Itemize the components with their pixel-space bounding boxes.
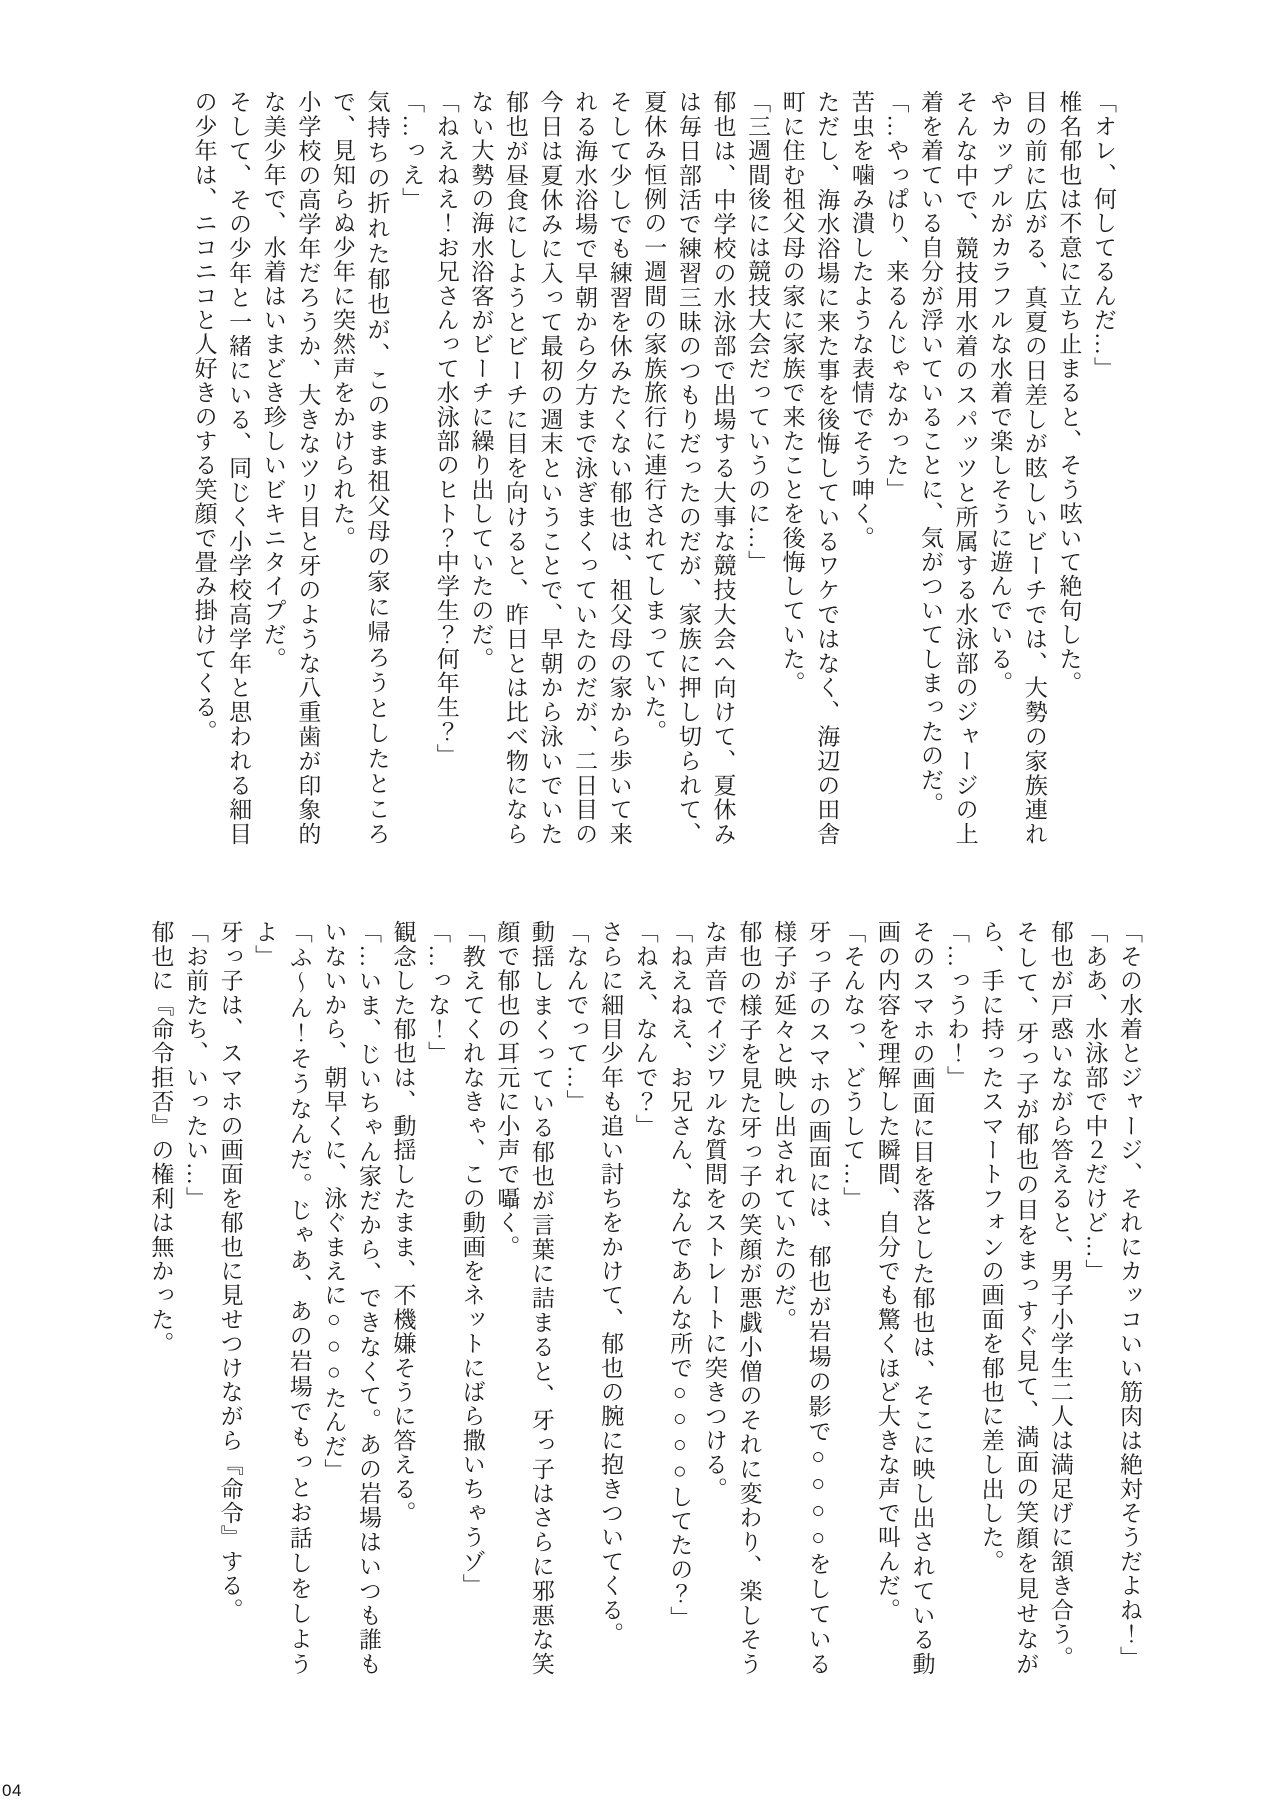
paragraph: 「そんなっ、どうして…」 [835, 920, 870, 1676]
paragraph: 「…っうわ！」 [938, 920, 973, 1676]
paragraph: さらに細目少年も追い討ちをかけて、郁也の腕に抱きついてくる。 [593, 920, 628, 1676]
paragraph: 「お前たち、いったい…」 [177, 920, 212, 1676]
paragraph: 動揺しまくっている郁也が言葉に詰まると、牙っ子はさらに邪悪な笑顔で郁也の耳元に小… [489, 920, 558, 1676]
text-band-upper: 「オレ、何してるんだ…」椎名郁也は不意に立ち止まると、そう呟いて絶句した。目の前… [186, 90, 1120, 846]
paragraph: 「ねえ、なんで？」 [627, 920, 662, 1676]
paragraph: 「ああ、水泳部で中２だけど…」 [1077, 920, 1112, 1676]
paragraph: 「三週間後には競技大会だっていうのに…」 [739, 90, 774, 846]
paragraph: 郁也が戸惑いながら答えると、男子小学生二人は満足げに頷き合う。 [1042, 920, 1077, 1676]
paragraph: そんな中で、競技用水着のスパッツと所属する水泳部のジャージの上着を着ている自分が… [912, 90, 981, 846]
paragraph: 「ねえねえ、お兄さん、なんであんな所で○○○○してたの？」 [662, 920, 697, 1676]
paragraph: 郁也の様子を見た牙っ子の笑顔が悪戯小僧のそれに変わり、楽しそうな声音でイジワルな… [696, 920, 765, 1676]
paragraph: 「…っえ」 [394, 90, 429, 846]
paragraph: 「…いま、じいちゃん家だから、できなくて。あの岩場はいつも誰もいないから、朝早く… [316, 920, 385, 1676]
paragraph: 「…っな！」 [420, 920, 455, 1676]
paragraph: そして少しでも練習を休みたくない郁也は、祖父母の家から歩いて来れる海水浴場で早朝… [463, 90, 636, 846]
paragraph: そして、その少年と一緒にいる、同じく小学校高学年と思われる細目の少年は、ニコニコ… [186, 90, 255, 846]
document-page: 「オレ、何してるんだ…」椎名郁也は不意に立ち止まると、そう呟いて絶句した。目の前… [0, 0, 1280, 1807]
paragraph: 椎名郁也は不意に立ち止まると、そう呟いて絶句した。 [1051, 90, 1086, 846]
paragraph: 「…やっぱり、来るんじゃなかった」 [878, 90, 913, 846]
paragraph: 牙っ子のスマホの画面には、郁也が岩場の影で○○○○をしている様子が延々と映し出さ… [765, 920, 834, 1676]
paragraph: 牙っ子は、スマホの画面を郁也に見せつけながら『命令』する。 [212, 920, 247, 1676]
paragraph: 「なんでって…」 [558, 920, 593, 1676]
paragraph: 郁也に『命令拒否』の権利は無かった。 [143, 920, 178, 1676]
paragraph: そして、牙っ子が郁也の目をまっすぐ見て、満面の笑顔を見せながら、手に持ったスマー… [973, 920, 1042, 1676]
text-band-lower: 「その水着とジャージ、それにカッコいい筋肉は絶対そうだよね！」「ああ、水泳部で中… [143, 920, 1146, 1676]
paragraph: 「オレ、何してるんだ…」 [1085, 90, 1120, 846]
paragraph: 苦虫を噛み潰したような表情でそう呻く。 [843, 90, 878, 846]
paragraph: 観念した郁也は、動揺したまま、不機嫌そうに答える。 [385, 920, 420, 1676]
paragraph: 気持ちの折れた郁也が、このまま祖父母の家に帰ろうとしたところで、見知らぬ少年に突… [324, 90, 393, 846]
paragraph: 小学校の高学年だろうか、大きなツリ目と牙のような八重歯が印象的な美少年で、水着は… [255, 90, 324, 846]
paragraph: ただし、海水浴場に来た事を後悔しているワケではなく、海辺の田舎町に住む祖父母の家… [774, 90, 843, 846]
paragraph: 「ふ～ん！そうなんだ。じゃあ、あの岩場でもっとお話しをしようよ」 [247, 920, 316, 1676]
paragraph: そのスマホの画面に目を落とした郁也は、そこに映し出されている動画の内容を理解した… [869, 920, 938, 1676]
paragraph: 「その水着とジャージ、それにカッコいい筋肉は絶対そうだよね！」 [1111, 920, 1146, 1676]
paragraph: 目の前に広がる、真夏の日差しが眩しいビーチでは、大勢の家族連れやカップルがカラフ… [982, 90, 1051, 846]
paragraph: 「ねえねえ！お兄さんって水泳部のヒト？中学生？何年生？」 [428, 90, 463, 846]
page-number: 04 [2, 1781, 22, 1801]
paragraph: 郁也は、中学校の水泳部で出場する大事な競技大会へ向けて、夏休みは毎日部活で練習三… [636, 90, 740, 846]
paragraph: 「教えてくれなきゃ、この動画をネットにばら撒いちゃうゾ」 [454, 920, 489, 1676]
